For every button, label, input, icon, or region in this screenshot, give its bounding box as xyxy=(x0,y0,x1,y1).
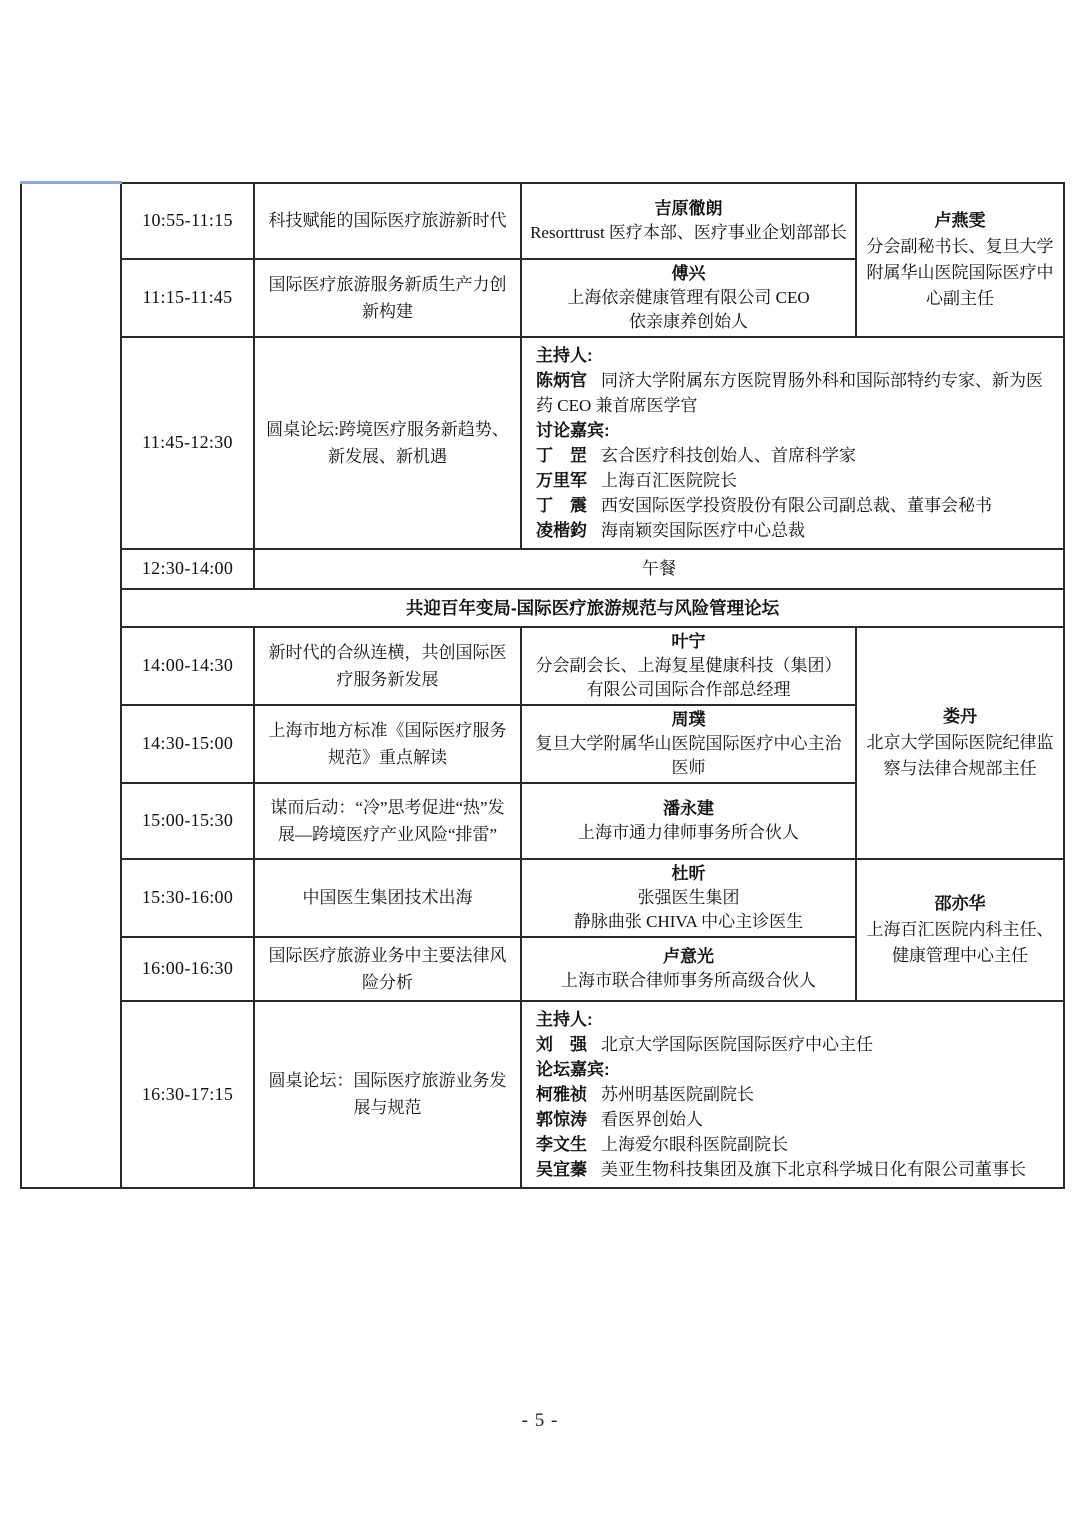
moderator-cell: 卢燕雯 分会副秘书长、复旦大学附属华山医院国际医疗中心副主任 xyxy=(856,183,1064,337)
panel-person-name: 郭惊涛 xyxy=(536,1110,601,1129)
speaker-title: 分会副会长、上海复星健康科技（集团）有限公司国际合作部总经理 xyxy=(530,654,847,702)
table-row: 15:30-16:00 中国医生集团技术出海 杜昕 张强医生集团 静脉曲张 CH… xyxy=(21,859,1064,937)
moderator-name: 邵亦华 xyxy=(865,891,1055,917)
panel-person-desc: 海南颖奕国际医疗中心总裁 xyxy=(601,521,805,540)
panel-guest: 柯雅祯苏州明基医院副院长 xyxy=(536,1082,1049,1107)
time-cell: 10:55-11:15 xyxy=(121,183,254,259)
table-row: 共迎百年变局-国际医疗旅游规范与风险管理论坛 xyxy=(21,589,1064,627)
topic-cell: 国际医疗旅游服务新质生产力创新构建 xyxy=(254,259,521,337)
lunch-cell: 午餐 xyxy=(254,549,1064,589)
speaker-name: 叶宁 xyxy=(530,630,847,654)
speaker-title: 上海市联合律师事务所高级合伙人 xyxy=(530,969,847,993)
page-number: - 5 - xyxy=(0,1410,1080,1432)
panel-person-desc: 美亚生物科技集团及旗下北京科学城日化有限公司董事长 xyxy=(601,1160,1026,1179)
speaker-cell: 杜昕 张强医生集团 静脉曲张 CHIVA 中心主诊医生 xyxy=(521,859,856,937)
panel-person-desc: 看医界创始人 xyxy=(601,1110,703,1129)
panel-cell: 主持人: 刘 强北京大学国际医院国际医疗中心主任 论坛嘉宾: 柯雅祯苏州明基医院… xyxy=(521,1001,1064,1188)
panel-person-name: 陈炳官 xyxy=(536,371,601,390)
speaker-title: 上海依亲健康管理有限公司 CEO xyxy=(530,286,847,310)
panel-person-name: 柯雅祯 xyxy=(536,1085,601,1104)
time-cell: 16:30-17:15 xyxy=(121,1001,254,1188)
speaker-title: 依亲康养创始人 xyxy=(530,310,847,334)
panel-person-name: 吴宜蓁 xyxy=(536,1160,601,1179)
time-cell: 12:30-14:00 xyxy=(121,549,254,589)
panel-guests-label: 论坛嘉宾: xyxy=(536,1057,1049,1082)
panel-person-desc: 苏州明基医院副院长 xyxy=(601,1085,754,1104)
topic-cell: 新时代的合纵连横，共创国际医疗服务新发展 xyxy=(254,627,521,705)
document-page: 10:55-11:15 科技赋能的国际医疗旅游新时代 吉原徹朗 Resorttr… xyxy=(0,0,1080,1528)
panel-host-label: 主持人: xyxy=(536,343,1049,368)
speaker-cell: 潘永建 上海市通力律师事务所合伙人 xyxy=(521,783,856,859)
moderator-cell: 邵亦华 上海百汇医院内科主任、健康管理中心主任 xyxy=(856,859,1064,1001)
speaker-title: 静脉曲张 CHIVA 中心主诊医生 xyxy=(530,910,847,934)
speaker-cell: 周璞 复旦大学附属华山医院国际医疗中心主治医师 xyxy=(521,705,856,783)
panel-person-name: 丁 罡 xyxy=(536,446,601,465)
moderator-title: 上海百汇医院内科主任、健康管理中心主任 xyxy=(865,917,1055,969)
speaker-cell: 吉原徹朗 Resorttrust 医疗本部、医疗事业企划部部长 xyxy=(521,183,856,259)
speaker-name: 周璞 xyxy=(530,708,847,732)
panel-person-name: 丁 震 xyxy=(536,496,601,515)
panel-guest: 李文生上海爱尔眼科医院副院长 xyxy=(536,1132,1049,1157)
moderator-title: 北京大学国际医院纪律监察与法律合规部主任 xyxy=(865,730,1055,782)
topic-cell: 国际医疗旅游业务中主要法律风险分析 xyxy=(254,937,521,1001)
table-row: 16:30-17:15 圆桌论坛：国际医疗旅游业务发展与规范 主持人: 刘 强北… xyxy=(21,1001,1064,1188)
time-cell: 14:30-15:00 xyxy=(121,705,254,783)
time-cell: 15:30-16:00 xyxy=(121,859,254,937)
panel-person-name: 李文生 xyxy=(536,1135,601,1154)
left-margin-cell xyxy=(21,183,121,1188)
speaker-title: 张强医生集团 xyxy=(530,886,847,910)
speaker-cell: 叶宁 分会副会长、上海复星健康科技（集团）有限公司国际合作部总经理 xyxy=(521,627,856,705)
table-row: 14:00-14:30 新时代的合纵连横，共创国际医疗服务新发展 叶宁 分会副会… xyxy=(21,627,1064,705)
panel-person-desc: 北京大学国际医院国际医疗中心主任 xyxy=(601,1035,873,1054)
topic-cell: 上海市地方标准《国际医疗服务规范》重点解读 xyxy=(254,705,521,783)
table-row: 12:30-14:00 午餐 xyxy=(21,549,1064,589)
panel-person-desc: 同济大学附属东方医院胃肠外科和国际部特约专家、新为医药 CEO 兼首席医学官 xyxy=(536,371,1043,415)
panel-guest: 凌楷鈞海南颖奕国际医疗中心总裁 xyxy=(536,518,1049,543)
topic-cell: 圆桌论坛：国际医疗旅游业务发展与规范 xyxy=(254,1001,521,1188)
agenda-table: 10:55-11:15 科技赋能的国际医疗旅游新时代 吉原徹朗 Resorttr… xyxy=(20,181,1065,1189)
speaker-name: 傅兴 xyxy=(530,262,847,286)
speaker-title: 复旦大学附属华山医院国际医疗中心主治医师 xyxy=(530,732,847,780)
panel-person-desc: 玄合医疗科技创始人、首席科学家 xyxy=(601,446,856,465)
panel-host: 刘 强北京大学国际医院国际医疗中心主任 xyxy=(536,1032,1049,1057)
speaker-title: 上海市通力律师事务所合伙人 xyxy=(530,821,847,845)
topic-cell: 科技赋能的国际医疗旅游新时代 xyxy=(254,183,521,259)
panel-person-desc: 西安国际医学投资股份有限公司副总裁、董事会秘书 xyxy=(601,496,992,515)
speaker-name: 卢意光 xyxy=(530,945,847,969)
panel-person-name: 凌楷鈞 xyxy=(536,521,601,540)
moderator-cell: 娄丹 北京大学国际医院纪律监察与法律合规部主任 xyxy=(856,627,1064,859)
time-cell: 11:15-11:45 xyxy=(121,259,254,337)
panel-person-desc: 上海爱尔眼科医院副院长 xyxy=(601,1135,788,1154)
moderator-name: 卢燕雯 xyxy=(865,208,1055,234)
time-cell: 16:00-16:30 xyxy=(121,937,254,1001)
speaker-cell: 卢意光 上海市联合律师事务所高级合伙人 xyxy=(521,937,856,1001)
speaker-name: 潘永建 xyxy=(530,797,847,821)
panel-host-label: 主持人: xyxy=(536,1007,1049,1032)
panel-person-name: 万里军 xyxy=(536,471,601,490)
section-header-cell: 共迎百年变局-国际医疗旅游规范与风险管理论坛 xyxy=(121,589,1064,627)
topic-cell: 谋而后动：“冷”思考促进“热”发展—跨境医疗产业风险“排雷” xyxy=(254,783,521,859)
topic-cell: 圆桌论坛:跨境医疗服务新趋势、新发展、新机遇 xyxy=(254,337,521,549)
panel-cell: 主持人: 陈炳官同济大学附属东方医院胃肠外科和国际部特约专家、新为医药 CEO … xyxy=(521,337,1064,549)
topic-cell: 中国医生集团技术出海 xyxy=(254,859,521,937)
moderator-name: 娄丹 xyxy=(865,704,1055,730)
table-row: 10:55-11:15 科技赋能的国际医疗旅游新时代 吉原徹朗 Resorttr… xyxy=(21,183,1064,259)
panel-guest: 丁 震西安国际医学投资股份有限公司副总裁、董事会秘书 xyxy=(536,493,1049,518)
panel-guest: 丁 罡玄合医疗科技创始人、首席科学家 xyxy=(536,443,1049,468)
table-row: 11:45-12:30 圆桌论坛:跨境医疗服务新趋势、新发展、新机遇 主持人: … xyxy=(21,337,1064,549)
speaker-name: 杜昕 xyxy=(530,862,847,886)
speaker-cell: 傅兴 上海依亲健康管理有限公司 CEO 依亲康养创始人 xyxy=(521,259,856,337)
panel-guest: 万里军上海百汇医院院长 xyxy=(536,468,1049,493)
moderator-title: 分会副秘书长、复旦大学附属华山医院国际医疗中心副主任 xyxy=(865,234,1055,312)
panel-guest: 吴宜蓁美亚生物科技集团及旗下北京科学城日化有限公司董事长 xyxy=(536,1157,1049,1182)
panel-person-desc: 上海百汇医院院长 xyxy=(601,471,737,490)
panel-guest: 郭惊涛看医界创始人 xyxy=(536,1107,1049,1132)
panel-host: 陈炳官同济大学附属东方医院胃肠外科和国际部特约专家、新为医药 CEO 兼首席医学… xyxy=(536,368,1049,418)
time-cell: 14:00-14:30 xyxy=(121,627,254,705)
speaker-title: Resorttrust 医疗本部、医疗事业企划部部长 xyxy=(530,221,847,245)
speaker-name: 吉原徹朗 xyxy=(530,197,847,221)
panel-person-name: 刘 强 xyxy=(536,1035,601,1054)
time-cell: 11:45-12:30 xyxy=(121,337,254,549)
panel-guests-label: 讨论嘉宾: xyxy=(536,418,1049,443)
time-cell: 15:00-15:30 xyxy=(121,783,254,859)
